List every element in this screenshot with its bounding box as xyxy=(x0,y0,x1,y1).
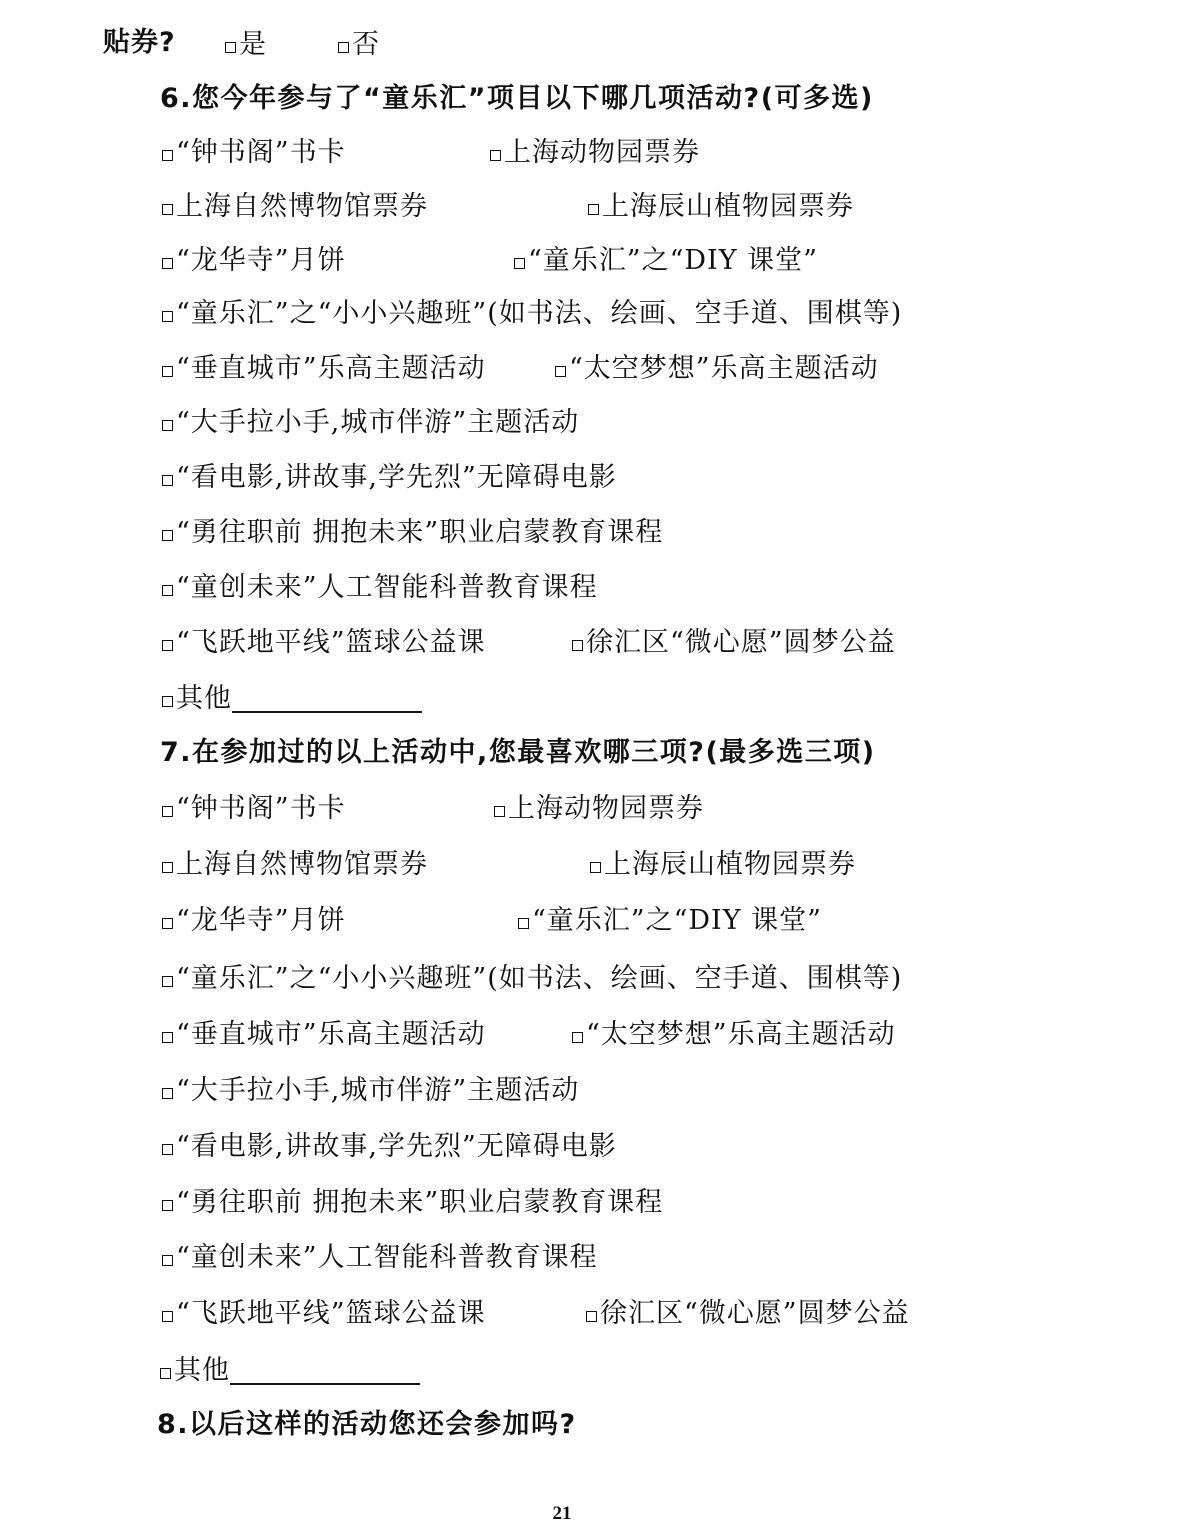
checkbox-icon[interactable] xyxy=(338,42,349,53)
q7-option[interactable]: “童创未来”人工智能科普教育课程 xyxy=(162,1241,598,1275)
checkbox-icon[interactable] xyxy=(162,1088,173,1099)
q7-option-other[interactable]: 其他 xyxy=(160,1354,420,1388)
checkbox-icon[interactable] xyxy=(572,640,583,651)
checkbox-icon[interactable] xyxy=(162,204,173,215)
other-text-field[interactable] xyxy=(232,685,422,713)
q6-option[interactable]: 上海辰山植物园票券 xyxy=(588,190,854,224)
checkbox-icon[interactable] xyxy=(490,150,501,161)
checkbox-icon[interactable] xyxy=(162,366,173,377)
checkbox-icon[interactable] xyxy=(162,585,173,596)
checkbox-icon[interactable] xyxy=(162,311,173,322)
checkbox-icon[interactable] xyxy=(514,258,525,269)
checkbox-icon[interactable] xyxy=(162,1144,173,1155)
q7-option[interactable]: “垂直城市”乐高主题活动 xyxy=(162,1018,486,1052)
q7-option[interactable]: 徐汇区“微心愿”圆梦公益 xyxy=(586,1297,910,1331)
q7-title: 7.在参加过的以上活动中,您最喜欢哪三项?(最多选三项) xyxy=(160,736,876,770)
q6-option[interactable]: “大手拉小手,城市伴游”主题活动 xyxy=(162,406,579,440)
q7-option[interactable]: 上海动物园票券 xyxy=(494,792,704,826)
q7-option[interactable]: “童乐汇”之“DIY 课堂” xyxy=(518,904,822,938)
q7-option[interactable]: 上海辰山植物园票券 xyxy=(590,848,856,882)
q6-option[interactable]: “钟书阁”书卡 xyxy=(162,136,346,170)
q6-option[interactable]: “飞跃地平线”篮球公益课 xyxy=(162,626,486,660)
checkbox-icon[interactable] xyxy=(162,806,173,817)
checkbox-icon[interactable] xyxy=(162,976,173,987)
q7-option[interactable]: “太空梦想”乐高主题活动 xyxy=(572,1018,896,1052)
checkbox-icon[interactable] xyxy=(162,1032,173,1043)
checkbox-icon[interactable] xyxy=(586,1311,597,1322)
checkbox-icon[interactable] xyxy=(590,862,601,873)
q6-option[interactable]: “看电影,讲故事,学先烈”无障碍电影 xyxy=(162,461,617,495)
q5-tail-label: 贴券? xyxy=(103,26,176,60)
q5-option-no[interactable]: 否 xyxy=(338,28,380,62)
q7-option[interactable]: “大手拉小手,城市伴游”主题活动 xyxy=(162,1074,579,1108)
checkbox-icon[interactable] xyxy=(162,696,173,707)
q7-option[interactable]: “童乐汇”之“小小兴趣班”(如书法、绘画、空手道、围棋等) xyxy=(162,962,902,996)
q6-option[interactable]: 上海自然博物馆票券 xyxy=(162,190,428,224)
q6-option[interactable]: “龙华寺”月饼 xyxy=(162,244,346,278)
checkbox-icon[interactable] xyxy=(494,806,505,817)
q6-option[interactable]: “勇往职前 拥抱未来”职业启蒙教育课程 xyxy=(162,516,663,550)
checkbox-icon[interactable] xyxy=(162,150,173,161)
checkbox-icon[interactable] xyxy=(162,1200,173,1211)
q6-option[interactable]: “童乐汇”之“DIY 课堂” xyxy=(514,244,818,278)
checkbox-icon[interactable] xyxy=(162,530,173,541)
q7-option[interactable]: “看电影,讲故事,学先烈”无障碍电影 xyxy=(162,1130,617,1164)
checkbox-icon[interactable] xyxy=(162,1255,173,1266)
checkbox-icon[interactable] xyxy=(162,918,173,929)
checkbox-icon[interactable] xyxy=(162,640,173,651)
q7-option[interactable]: “龙华寺”月饼 xyxy=(162,904,346,938)
q7-option[interactable]: “勇往职前 拥抱未来”职业启蒙教育课程 xyxy=(162,1186,663,1220)
q6-option[interactable]: “太空梦想”乐高主题活动 xyxy=(555,352,879,386)
checkbox-icon[interactable] xyxy=(162,1311,173,1322)
checkbox-icon[interactable] xyxy=(572,1032,583,1043)
checkbox-icon[interactable] xyxy=(225,42,236,53)
q6-option[interactable]: 上海动物园票券 xyxy=(490,136,700,170)
checkbox-icon[interactable] xyxy=(160,1368,171,1379)
checkbox-icon[interactable] xyxy=(162,258,173,269)
checkbox-icon[interactable] xyxy=(588,204,599,215)
checkbox-icon[interactable] xyxy=(162,420,173,431)
checkbox-icon[interactable] xyxy=(555,366,566,377)
checkbox-icon[interactable] xyxy=(162,862,173,873)
page-number: 21 xyxy=(0,1503,1124,1525)
q6-title: 6.您今年参与了“童乐汇”项目以下哪几项活动?(可多选) xyxy=(160,82,874,116)
q7-option[interactable]: “飞跃地平线”篮球公益课 xyxy=(162,1297,486,1331)
q6-option[interactable]: “童创未来”人工智能科普教育课程 xyxy=(162,571,598,605)
checkbox-icon[interactable] xyxy=(162,475,173,486)
q6-option[interactable]: 徐汇区“微心愿”圆梦公益 xyxy=(572,626,896,660)
checkbox-icon[interactable] xyxy=(518,918,529,929)
q6-option[interactable]: “童乐汇”之“小小兴趣班”(如书法、绘画、空手道、围棋等) xyxy=(162,297,902,331)
q7-option[interactable]: 上海自然博物馆票券 xyxy=(162,848,428,882)
q6-option-other[interactable]: 其他 xyxy=(162,682,422,716)
q7-option[interactable]: “钟书阁”书卡 xyxy=(162,792,346,826)
other-text-field[interactable] xyxy=(230,1357,420,1385)
q5-option-yes[interactable]: 是 xyxy=(225,28,267,62)
q8-title: 8.以后这样的活动您还会参加吗? xyxy=(157,1408,577,1442)
q6-option[interactable]: “垂直城市”乐高主题活动 xyxy=(162,352,486,386)
